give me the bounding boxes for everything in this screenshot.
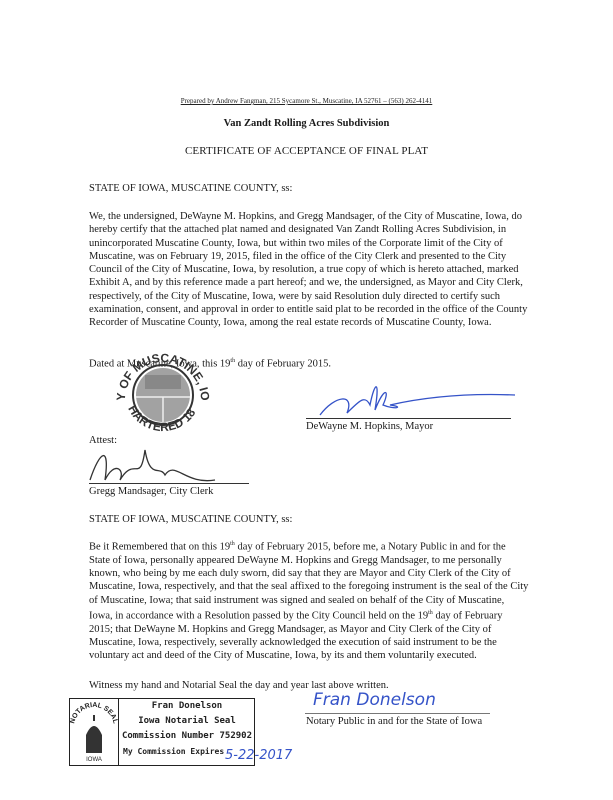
notary-seal-title: Iowa Notarial Seal xyxy=(120,714,254,729)
notary-signature-line xyxy=(305,713,490,714)
expires-date-handwritten: 5-22-2017 xyxy=(225,748,292,763)
notarial-seal: NOTARIAL SEAL IOWA xyxy=(70,699,119,765)
notary-paragraph: Be it Remembered that on this 19th day o… xyxy=(89,538,529,663)
prepared-by-text: Prepared by Andrew Fangman, 215 Sycamore… xyxy=(181,97,433,105)
notary-commission: Commission Number 752902 xyxy=(120,729,254,744)
city-seal-icon: CITY OF MUSCATINE, IOWA CHARTERED 1851 xyxy=(113,345,213,445)
certificate-title: CERTIFICATE OF ACCEPTANCE OF FINAL PLAT xyxy=(0,145,613,157)
notary-para-a: Be it Remembered that on this 19 xyxy=(89,542,230,553)
mayor-label: DeWayne M. Hopkins, Mayor xyxy=(306,421,433,432)
notary-signature-label: Notary Public in and for the State of Io… xyxy=(306,716,482,727)
mayor-signature-line xyxy=(306,418,511,419)
notary-name: Fran Donelson xyxy=(120,699,254,714)
notary-signature: Fran Donelson xyxy=(313,690,436,710)
capitol-dome-icon: NOTARIAL SEAL IOWA xyxy=(70,699,118,765)
dated-suffix: day of February 2015. xyxy=(235,359,331,370)
svg-text:IOWA: IOWA xyxy=(86,757,102,763)
subdivision-title: Van Zandt Rolling Acres Subdivision xyxy=(0,118,613,129)
prepared-by-line: Prepared by Andrew Fangman, 215 Sycamore… xyxy=(0,97,613,105)
certification-paragraph: We, the undersigned, DeWayne M. Hopkins,… xyxy=(89,210,529,330)
venue-line-1: STATE OF IOWA, MUSCATINE COUNTY, ss: xyxy=(89,183,292,194)
clerk-signature-line xyxy=(89,483,249,484)
svg-text:NOTARIAL SEAL: NOTARIAL SEAL xyxy=(70,702,118,725)
expires-label: My Commission Expires xyxy=(123,747,224,756)
venue-line-2: STATE OF IOWA, MUSCATINE COUNTY, ss: xyxy=(89,514,292,525)
clerk-label: Gregg Mandsager, City Clerk xyxy=(89,486,213,497)
